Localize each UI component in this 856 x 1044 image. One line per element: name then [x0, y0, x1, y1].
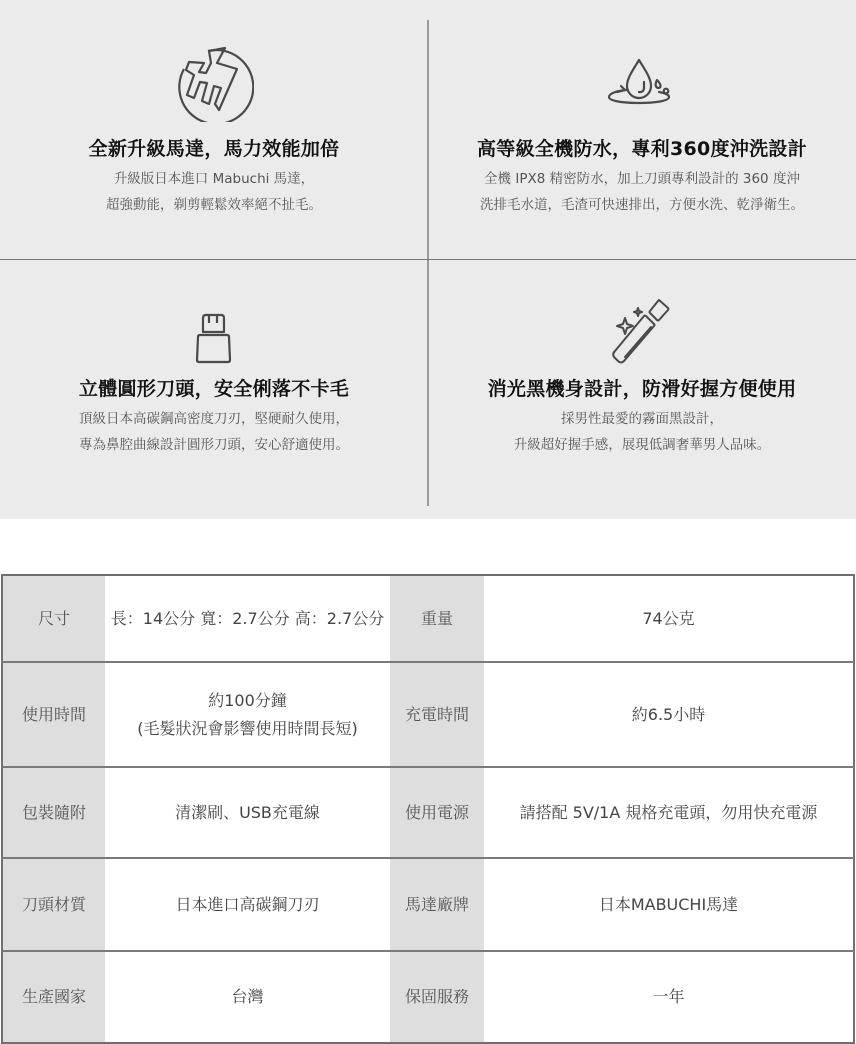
spec-label: 使用時間: [2, 662, 105, 767]
spec-label: 生產國家: [2, 951, 105, 1043]
table-row: 刀頭材質 日本進口高碳鋼刀刃 馬達廠牌 日本MABUCHI馬達: [2, 858, 854, 951]
feature-round-blade: 立體圓形刀頭，安全俐落不卡毛 頂級日本高碳鋼高密度刀刃，堅硬耐久使用， 專為鼻腔…: [0, 296, 428, 378]
spec-value: 請搭配 5V/1A 規格充電頭，勿用快充電源: [484, 767, 854, 858]
spec-label: 充電時間: [390, 662, 484, 767]
spec-value: 長：14公分 寬：2.7公分 高：2.7公分: [105, 575, 390, 662]
spec-value: 台灣: [105, 951, 390, 1043]
feature-motor: 全新升級馬達，馬力效能加倍 升級版日本進口 Mabuchi 馬達， 超強動能，剃…: [0, 40, 428, 126]
spec-table: 尺寸 長：14公分 寬：2.7公分 高：2.7公分 重量 74公克 使用時間 約…: [1, 574, 855, 1044]
feature-title: 全新升級馬達，馬力效能加倍: [0, 136, 428, 162]
feature-description: 頂級日本高碳鋼高密度刀刃，堅硬耐久使用， 專為鼻腔曲線設計圓形刀頭，安心舒適使用…: [0, 406, 428, 458]
feature-title: 消光黑機身設計，防滑好握方便使用: [428, 376, 856, 402]
spec-label: 尺寸: [2, 575, 105, 662]
spec-label: 保固服務: [390, 951, 484, 1043]
spec-value: 日本MABUCHI馬達: [484, 858, 854, 951]
feature-waterproof: 高等級全機防水，專利360度沖洗設計 全機 IPX8 精密防水，加上刀頭專利設計…: [428, 40, 856, 124]
feature-description: 全機 IPX8 精密防水，加上刀頭專利設計的 360 度沖 洗排毛水道，毛渣可快…: [428, 166, 856, 218]
horizontal-divider: [0, 259, 856, 260]
table-row: 使用時間 約100分鐘 (毛髮狀況會影響使用時間長短) 充電時間 約6.5小時: [2, 662, 854, 767]
spec-value: 74公克: [484, 575, 854, 662]
table-row: 生產國家 台灣 保固服務 一年: [2, 951, 854, 1043]
spec-label: 使用電源: [390, 767, 484, 858]
spec-value: 約100分鐘 (毛髮狀況會影響使用時間長短): [105, 662, 390, 767]
feature-title: 高等級全機防水，專利360度沖洗設計: [428, 136, 856, 162]
spec-value: 一年: [484, 951, 854, 1043]
spec-value: 清潔刷、USB充電線: [105, 767, 390, 858]
table-row: 包裝隨附 清潔刷、USB充電線 使用電源 請搭配 5V/1A 規格充電頭，勿用快…: [2, 767, 854, 858]
feature-title: 立體圓形刀頭，安全俐落不卡毛: [0, 376, 428, 402]
feature-description: 升級版日本進口 Mabuchi 馬達， 超強動能，剃剪輕鬆效率絕不扯毛。: [0, 166, 428, 218]
feature-description: 採男性最愛的霧面黑設計， 升級超好握手感，展現低調奢華男人品味。: [428, 406, 856, 458]
round-blade-head-icon: [0, 296, 428, 378]
trimmer-sparkle-icon: [428, 296, 856, 376]
spec-label: 刀頭材質: [2, 858, 105, 951]
spec-label: 重量: [390, 575, 484, 662]
spec-value: 約6.5小時: [484, 662, 854, 767]
table-row: 尺寸 長：14公分 寬：2.7公分 高：2.7公分 重量 74公克: [2, 575, 854, 662]
spec-value: 日本進口高碳鋼刀刃: [105, 858, 390, 951]
features-panel: 全新升級馬達，馬力效能加倍 升級版日本進口 Mabuchi 馬達， 超強動能，剃…: [0, 0, 856, 519]
spec-label: 包裝隨附: [2, 767, 105, 858]
water-drop-icon: [428, 40, 856, 124]
feature-matte-body: 消光黑機身設計，防滑好握方便使用 採男性最愛的霧面黑設計， 升級超好握手感，展現…: [428, 296, 856, 376]
motor-icon: [0, 40, 428, 126]
spec-label: 馬達廠牌: [390, 858, 484, 951]
